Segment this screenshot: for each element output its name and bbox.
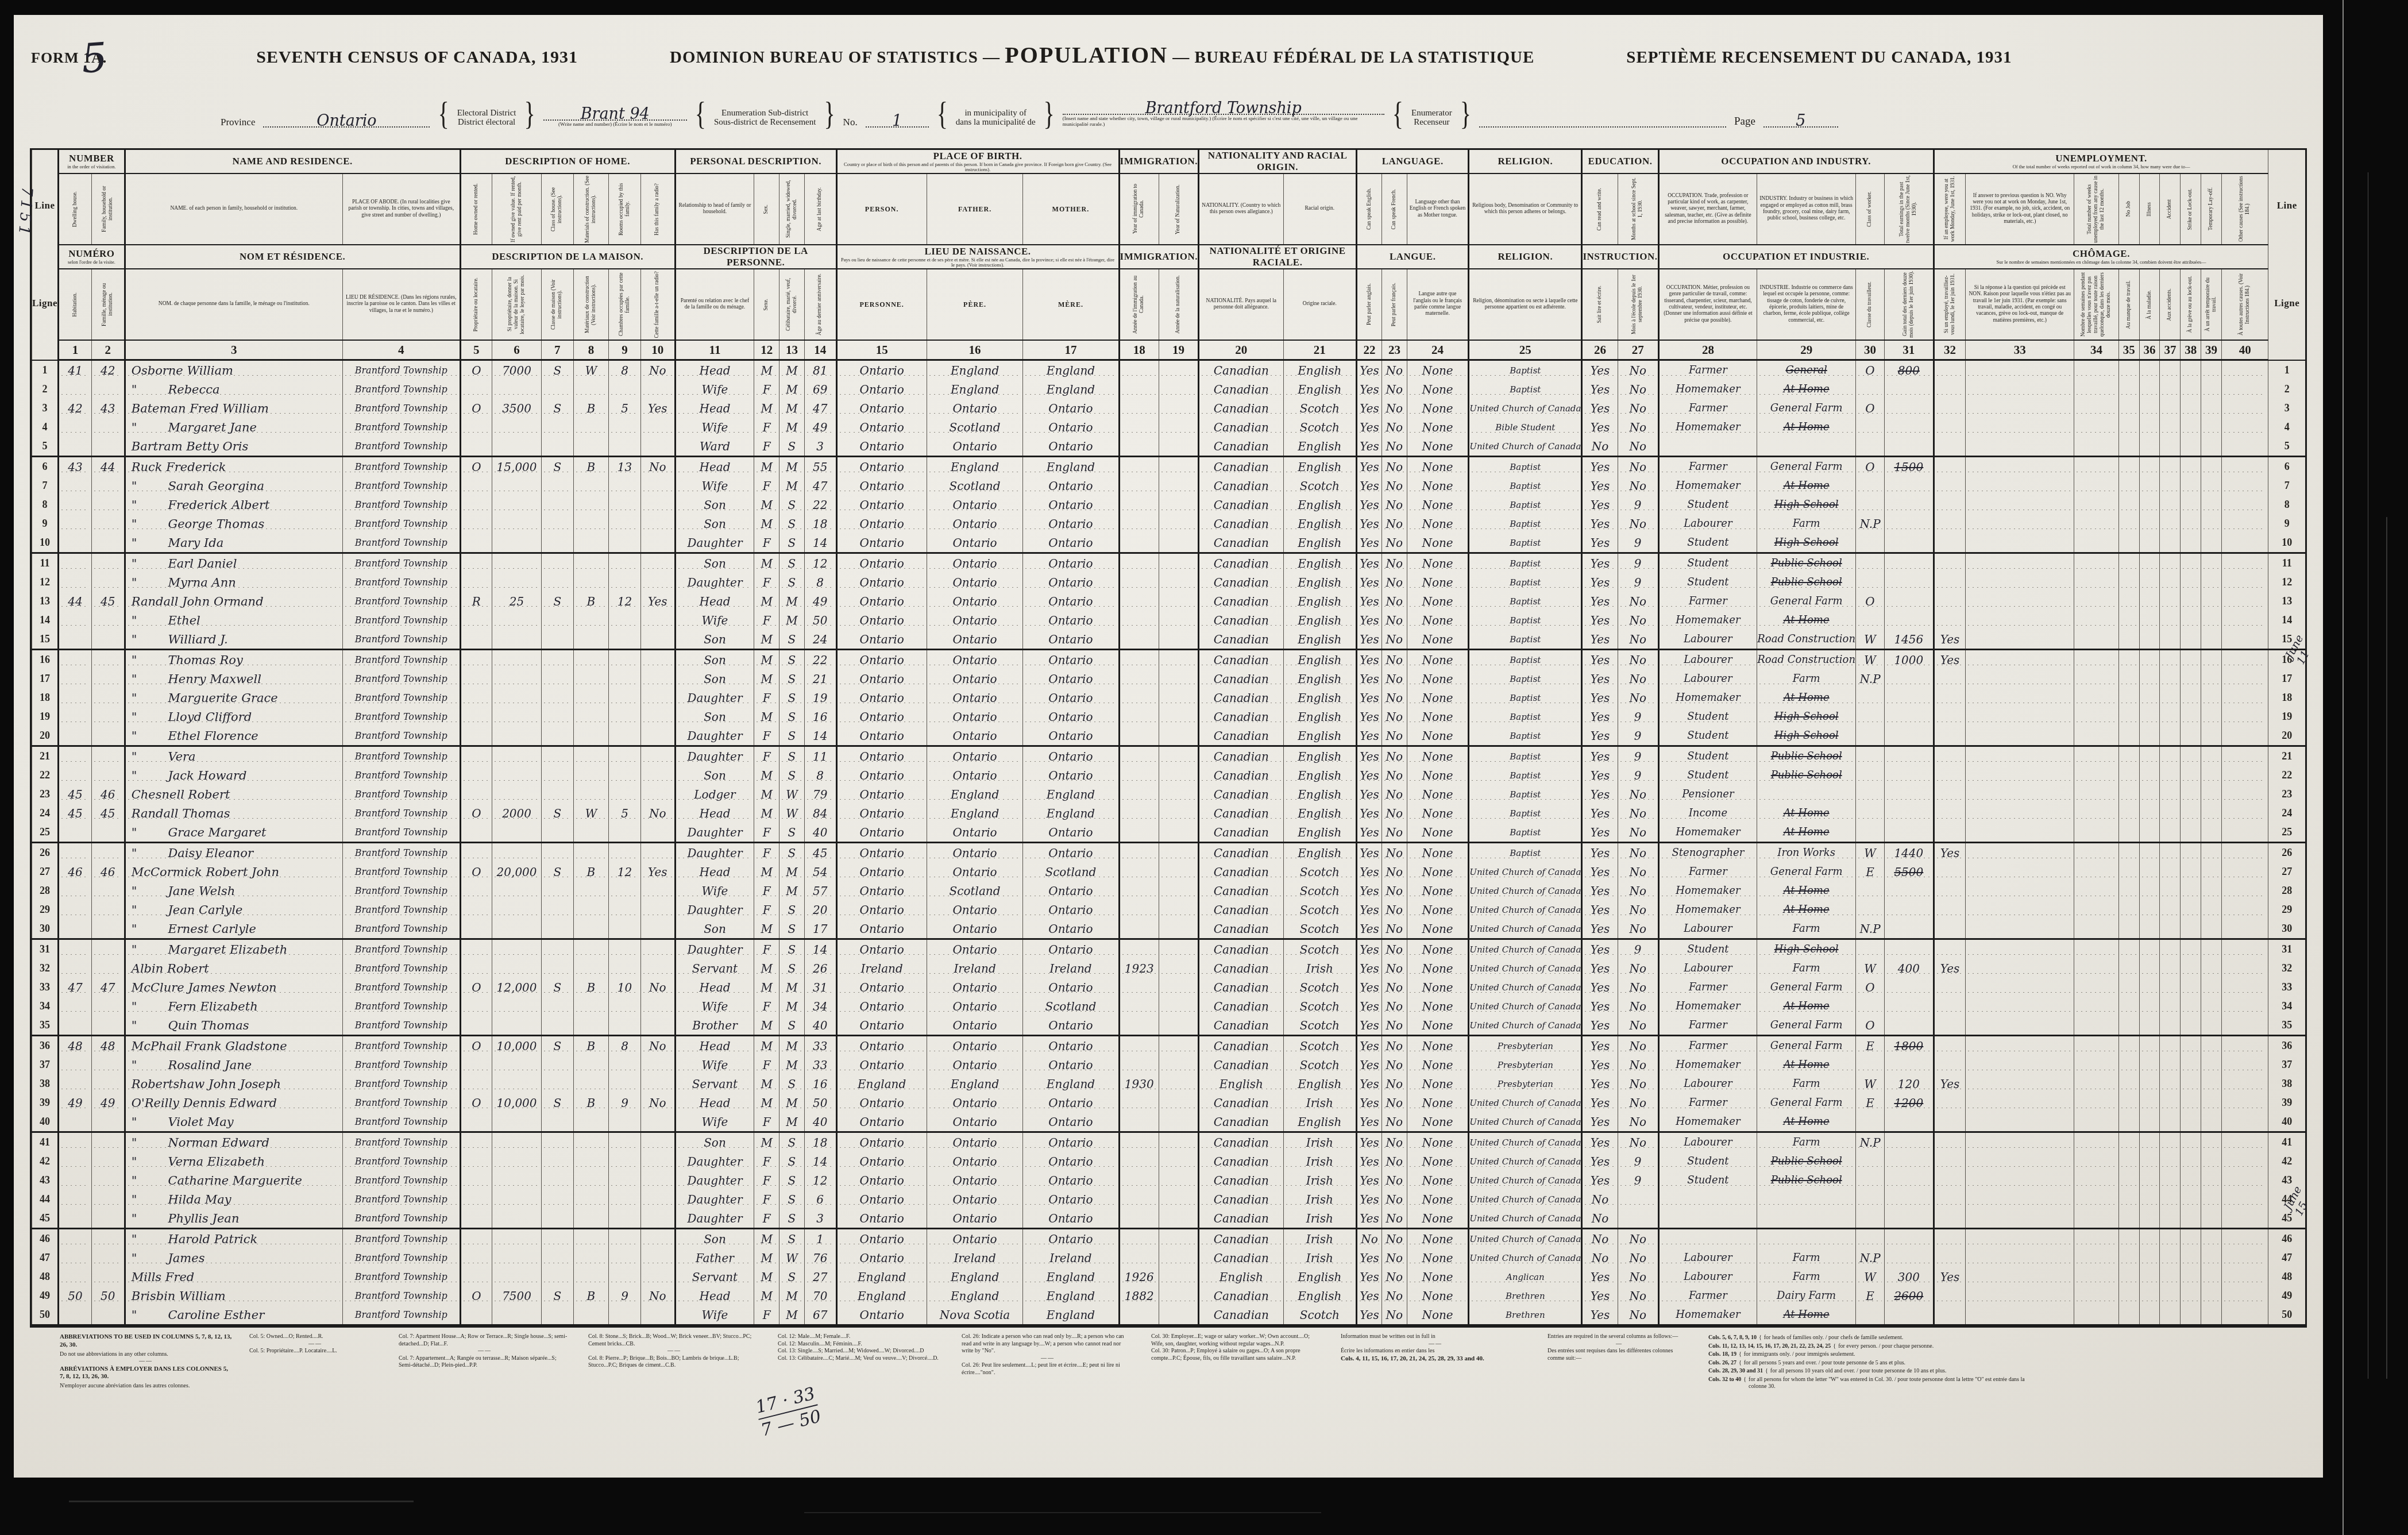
line-number-right: 6	[2268, 457, 2305, 477]
cell-speaks-french: No	[1381, 939, 1407, 959]
cell-mother-tongue: None	[1407, 766, 1468, 785]
cell-occupation: Labourer	[1658, 1132, 1757, 1152]
cell-age: 3	[804, 1209, 836, 1229]
cell-cause-layoff	[2201, 939, 2222, 959]
column-header-birthplace-mother: MOTHER.	[1023, 173, 1119, 245]
census-row: 50"Caroline EstherBrantford TownshipWife…	[32, 1305, 2306, 1325]
cell-speaks-french: No	[1381, 399, 1407, 418]
cell-age: 76	[804, 1248, 836, 1267]
cell-marital-status: M	[779, 978, 805, 997]
cell-why-not-at-work	[1966, 592, 2074, 611]
cell-tenure	[460, 823, 492, 843]
cell-place-of-abode: Brantford Township	[342, 1152, 460, 1171]
census-row: 14142Osborne WilliamBrantford TownshipO7…	[32, 360, 2306, 380]
cell-racial-origin: Scotch	[1283, 939, 1356, 959]
cell-naturalization-year	[1159, 766, 1198, 785]
cell-cause-no-job	[2118, 862, 2139, 881]
cell-cause-accident	[2160, 746, 2181, 766]
cell-racial-origin: English	[1283, 785, 1356, 804]
line-number-right: 22	[2268, 766, 2305, 785]
cell-family-number	[91, 1171, 125, 1190]
cell-cause-illness	[2139, 418, 2160, 437]
cell-birthplace-mother: England	[1023, 1286, 1119, 1305]
cell-cause-illness	[2139, 457, 2160, 477]
cell-cause-accident	[2160, 1016, 2181, 1036]
cell-family-number	[91, 1267, 125, 1286]
footnote-scope-item: Cols. 5, 6, 7, 8, 9, 10{for heads of fam…	[1708, 1335, 2030, 1342]
census-row: 12"Myrna AnnBrantford TownshipDaughterFS…	[32, 573, 2306, 592]
cell-months-at-school: No	[1618, 360, 1658, 380]
cell-birthplace-mother: Scotland	[1023, 997, 1119, 1016]
column-header-age: Age at last birthday.	[804, 173, 836, 245]
cell-family-number: 48	[91, 1036, 125, 1056]
cell-religion: United Church of Canada	[1469, 1132, 1582, 1152]
cell-racial-origin: English	[1283, 360, 1356, 380]
cell-radio	[640, 437, 675, 457]
cell-earnings	[1885, 380, 1934, 399]
cell-worker-class: W	[1856, 1074, 1885, 1093]
cell-naturalization-year	[1159, 688, 1198, 707]
cell-age: 11	[804, 746, 836, 766]
cell-rooms	[609, 533, 641, 553]
cell-worker-class: O	[1856, 978, 1885, 997]
column-group: UNEMPLOYMENT.Of the total number of week…	[1934, 150, 2268, 173]
cell-cause-illness	[2139, 437, 2160, 457]
cell-weeks-unemployed	[2074, 437, 2119, 457]
cell-radio	[640, 881, 675, 900]
cell-name: "Caroline Esther	[125, 1305, 342, 1325]
cell-mother-tongue: None	[1407, 1190, 1468, 1209]
cell-cause-strike	[2181, 1286, 2201, 1305]
cell-why-not-at-work	[1966, 1209, 2074, 1229]
column-header-cause-other: À toutes autres causes. (Voir Instructio…	[2222, 269, 2268, 340]
cell-weeks-unemployed	[2074, 959, 2119, 978]
cell-worker-class	[1856, 1209, 1885, 1229]
cell-birthplace-father: Ontario	[927, 1171, 1023, 1190]
cell-racial-origin: Scotch	[1283, 1055, 1356, 1074]
cell-relationship: Son	[675, 707, 754, 726]
cell-industry: Public School	[1757, 766, 1856, 785]
cell-birthplace-mother: Ontario	[1023, 1152, 1119, 1171]
cell-why-not-at-work	[1966, 360, 2074, 380]
cell-tenure	[460, 573, 492, 592]
cell-racial-origin: English	[1283, 669, 1356, 688]
cell-age: 14	[804, 939, 836, 959]
cell-cause-strike	[2181, 766, 2201, 785]
line-number-right: 2	[2268, 380, 2305, 399]
cell-months-at-school: No	[1618, 843, 1658, 863]
cell-dwelling-number	[59, 514, 92, 533]
cell-mother-tongue: None	[1407, 862, 1468, 881]
cell-cause-layoff	[2201, 1229, 2222, 1249]
municipality-label: in municipality ofdans la municipalité d…	[956, 109, 1036, 128]
cell-cause-strike	[2181, 1248, 2201, 1267]
census-row: 9"George ThomasBrantford TownshipSonMS18…	[32, 514, 2306, 533]
cell-why-not-at-work	[1966, 843, 2074, 863]
cell-occupation: Labourer	[1658, 669, 1757, 688]
cell-tenure: R	[460, 592, 492, 611]
cell-house-class	[542, 1152, 574, 1171]
cell-why-not-at-work	[1966, 573, 2074, 592]
cell-cause-strike	[2181, 1112, 2201, 1132]
cell-cause-illness	[2139, 919, 2160, 939]
column-header-rooms: Rooms occupied by this family.	[609, 173, 641, 245]
cell-cause-illness	[2139, 1055, 2160, 1074]
cell-materials	[573, 514, 609, 533]
cell-cause-layoff	[2201, 437, 2222, 457]
cell-birthplace-father: Ontario	[927, 919, 1023, 939]
cell-birthplace-person: Ontario	[836, 437, 927, 457]
cell-occupation: Farmer	[1658, 1093, 1757, 1112]
cell-birthplace-father: Ontario	[927, 1016, 1023, 1036]
cell-racial-origin: English	[1283, 1267, 1356, 1286]
cell-age: 3	[804, 437, 836, 457]
column-group: NAME AND RESIDENCE.	[125, 150, 460, 173]
cell-industry: Farm	[1757, 669, 1856, 688]
cell-birthplace-father: Ontario	[927, 900, 1023, 919]
cell-mother-tongue: None	[1407, 978, 1468, 997]
cell-sex: M	[754, 978, 779, 997]
cell-relationship: Ward	[675, 437, 754, 457]
cell-months-at-school: No	[1618, 399, 1658, 418]
cell-birthplace-father: Ontario	[927, 533, 1023, 553]
cell-speaks-french: No	[1381, 726, 1407, 746]
footnote-col12-13: Col. 12: Male....M; Female....F. Col. 12…	[778, 1333, 944, 1391]
cell-industry: High School	[1757, 495, 1856, 514]
line-number-right: 33	[2268, 978, 2305, 997]
cell-naturalization-year	[1159, 1055, 1198, 1074]
cell-cause-other	[2222, 380, 2268, 399]
cell-cause-no-job	[2118, 1016, 2139, 1036]
cell-birthplace-person: Ontario	[836, 1093, 927, 1112]
cell-cause-no-job	[2118, 630, 2139, 650]
cell-occupation: Student	[1658, 573, 1757, 592]
cell-months-at-school: No	[1618, 785, 1658, 804]
column-header-sex: Sex.	[754, 173, 779, 245]
cell-house-class: S	[542, 1093, 574, 1112]
cell-age: 8	[804, 766, 836, 785]
cell-birthplace-father: England	[927, 1286, 1023, 1305]
cell-cause-other	[2222, 785, 2268, 804]
cell-birthplace-mother: Ontario	[1023, 766, 1119, 785]
cell-occupation: Farmer	[1658, 1286, 1757, 1305]
cell-rooms	[609, 573, 641, 592]
cell-can-read-write: Yes	[1582, 1132, 1618, 1152]
cell-speaks-english: Yes	[1357, 1190, 1382, 1209]
cell-cause-illness	[2139, 1112, 2160, 1132]
cell-why-not-at-work	[1966, 1286, 2074, 1305]
cell-weeks-unemployed	[2074, 476, 2119, 495]
cell-family-number	[91, 1112, 125, 1132]
cell-worker-class	[1856, 533, 1885, 553]
cell-immigration-year	[1119, 862, 1159, 881]
cell-at-work	[1934, 669, 1966, 688]
cell-house-class	[542, 785, 574, 804]
cell-place-of-abode: Brantford Township	[342, 592, 460, 611]
cell-naturalization-year	[1159, 380, 1198, 399]
cell-age: 17	[804, 919, 836, 939]
cell-earnings	[1885, 766, 1934, 785]
cell-cause-illness	[2139, 1152, 2160, 1171]
cell-name: "Daisy Eleanor	[125, 843, 342, 863]
cell-speaks-french: No	[1381, 495, 1407, 514]
cell-cause-other	[2222, 592, 2268, 611]
cell-occupation: Student	[1658, 1152, 1757, 1171]
cell-marital-status: S	[779, 688, 805, 707]
cell-industry: At Home	[1757, 900, 1856, 919]
cell-cause-other	[2222, 978, 2268, 997]
column-header-cause-illness: Illness	[2139, 173, 2160, 245]
cell-religion: United Church of Canada	[1469, 1016, 1582, 1036]
cell-cause-other	[2222, 1171, 2268, 1190]
cell-why-not-at-work	[1966, 919, 2074, 939]
cell-why-not-at-work	[1966, 1171, 2074, 1190]
cell-radio	[640, 650, 675, 670]
cell-marital-status: M	[779, 611, 805, 630]
province-label: Province	[221, 117, 255, 128]
cell-cause-other	[2222, 804, 2268, 823]
cell-materials	[573, 1190, 609, 1209]
cell-industry: General Farm	[1757, 1093, 1856, 1112]
cell-cause-accident	[2160, 669, 2181, 688]
cell-birthplace-father: Ontario	[927, 1112, 1023, 1132]
cell-religion: United Church of Canada	[1469, 900, 1582, 919]
cell-earnings	[1885, 399, 1934, 418]
cell-occupation: Homemaker	[1658, 380, 1757, 399]
census-row: 25"Grace MargaretBrantford TownshipDaugh…	[32, 823, 2306, 843]
cell-at-work	[1934, 1093, 1966, 1112]
cell-birthplace-mother: Scotland	[1023, 862, 1119, 881]
cell-radio	[640, 495, 675, 514]
cell-earnings	[1885, 688, 1934, 707]
cell-cause-illness	[2139, 862, 2160, 881]
line-number-left: 2	[32, 380, 59, 399]
cell-racial-origin: English	[1283, 804, 1356, 823]
cell-immigration-year	[1119, 514, 1159, 533]
cell-birthplace-person: Ontario	[836, 380, 927, 399]
cell-speaks-french: No	[1381, 1305, 1407, 1325]
cell-naturalization-year	[1159, 726, 1198, 746]
cell-age: 47	[804, 399, 836, 418]
column-header-materials: Matériaux de construction (Voir instruct…	[573, 269, 609, 340]
line-number-left: 13	[32, 592, 59, 611]
cell-age: 70	[804, 1286, 836, 1305]
cell-home-value	[492, 573, 542, 592]
cell-cause-strike	[2181, 919, 2201, 939]
cell-months-at-school: No	[1618, 804, 1658, 823]
cell-can-read-write: Yes	[1582, 862, 1618, 881]
cell-speaks-french: No	[1381, 630, 1407, 650]
cell-sex: F	[754, 843, 779, 863]
column-header-cause-no-job: No Job	[2118, 173, 2139, 245]
cell-family-number: 46	[91, 785, 125, 804]
cell-radio	[640, 611, 675, 630]
cell-cause-accident	[2160, 1248, 2181, 1267]
cell-racial-origin: English	[1283, 726, 1356, 746]
census-row: 31"Margaret ElizabethBrantford TownshipD…	[32, 939, 2306, 959]
page-label: Page	[1734, 116, 1755, 128]
cell-weeks-unemployed	[2074, 418, 2119, 437]
cell-home-value	[492, 650, 542, 670]
cell-place-of-abode: Brantford Township	[342, 630, 460, 650]
cell-immigration-year	[1119, 399, 1159, 418]
cell-birthplace-father: Ontario	[927, 1036, 1023, 1056]
cell-marital-status: W	[779, 785, 805, 804]
census-row: 35"Quin ThomasBrantford TownshipBrotherM…	[32, 1016, 2306, 1036]
cell-occupation: Labourer	[1658, 959, 1757, 978]
cell-birthplace-person: Ontario	[836, 1016, 927, 1036]
cell-cause-accident	[2160, 1286, 2181, 1305]
cell-can-read-write: Yes	[1582, 1171, 1618, 1190]
cell-speaks-french: No	[1381, 746, 1407, 766]
cell-marital-status: M	[779, 1036, 805, 1056]
cell-radio	[640, 919, 675, 939]
cell-rooms	[609, 823, 641, 843]
cell-dwelling-number	[59, 1305, 92, 1325]
cell-earnings	[1885, 1132, 1934, 1152]
cell-age: 8	[804, 573, 836, 592]
cell-weeks-unemployed	[2074, 804, 2119, 823]
cell-birthplace-mother: Ontario	[1023, 399, 1119, 418]
cell-cause-other	[2222, 573, 2268, 592]
cell-can-read-write: Yes	[1582, 707, 1618, 726]
cell-nationality: Canadian	[1199, 688, 1283, 707]
cell-why-not-at-work	[1966, 939, 2074, 959]
cell-speaks-english: Yes	[1357, 766, 1382, 785]
cell-sex: M	[754, 1093, 779, 1112]
cell-place-of-abode: Brantford Township	[342, 360, 460, 380]
cell-can-read-write: Yes	[1582, 785, 1618, 804]
column-header-naturalization-year: Année de la naturalisation.	[1159, 269, 1198, 340]
cell-occupation: Farmer	[1658, 1036, 1757, 1056]
cell-house-class	[542, 823, 574, 843]
cell-occupation: Labourer	[1658, 1267, 1757, 1286]
line-number-right: 12	[2268, 573, 2305, 592]
cell-marital-status: M	[779, 997, 805, 1016]
cell-at-work	[1934, 766, 1966, 785]
cell-marital-status: S	[779, 939, 805, 959]
cell-occupation: Labourer	[1658, 1074, 1757, 1093]
cell-house-class	[542, 900, 574, 919]
cell-racial-origin: Irish	[1283, 1171, 1356, 1190]
column-group: LANGUE.	[1357, 245, 1469, 269]
cell-can-read-write: Yes	[1582, 881, 1618, 900]
cell-naturalization-year	[1159, 997, 1198, 1016]
cell-months-at-school: No	[1618, 1305, 1658, 1325]
column-header-speaks-french: Peut parler français.	[1381, 269, 1407, 340]
cell-why-not-at-work	[1966, 495, 2074, 514]
cell-dwelling-number	[59, 1267, 92, 1286]
cell-weeks-unemployed	[2074, 1229, 2119, 1249]
cell-naturalization-year	[1159, 785, 1198, 804]
cell-cause-accident	[2160, 457, 2181, 477]
cell-radio	[640, 997, 675, 1016]
cell-family-number	[91, 1074, 125, 1093]
cell-can-read-write: Yes	[1582, 843, 1618, 863]
cell-at-work	[1934, 399, 1966, 418]
line-number-left: 30	[32, 919, 59, 939]
cell-religion: Baptist	[1469, 823, 1582, 843]
cell-birthplace-person: Ontario	[836, 514, 927, 533]
cell-tenure	[460, 1171, 492, 1190]
cell-mother-tongue: None	[1407, 707, 1468, 726]
cell-dwelling-number	[59, 939, 92, 959]
cell-home-value	[492, 630, 542, 650]
cell-racial-origin: Scotch	[1283, 900, 1356, 919]
cell-name: Bartram Betty Oris	[125, 437, 342, 457]
column-number: 32	[1934, 340, 1966, 360]
cell-months-at-school: No	[1618, 650, 1658, 670]
cell-age: 16	[804, 707, 836, 726]
cell-house-class	[542, 939, 574, 959]
cell-months-at-school: No	[1618, 1074, 1658, 1093]
cell-sex: F	[754, 881, 779, 900]
cell-family-number: 45	[91, 804, 125, 823]
cell-can-read-write: Yes	[1582, 650, 1618, 670]
cell-radio	[640, 766, 675, 785]
cell-weeks-unemployed	[2074, 495, 2119, 514]
cell-can-read-write: Yes	[1582, 399, 1618, 418]
cell-house-class	[542, 766, 574, 785]
column-number: 26	[1582, 340, 1618, 360]
cell-tenure	[460, 380, 492, 399]
cell-cause-illness	[2139, 978, 2160, 997]
cell-religion: Baptist	[1469, 553, 1582, 573]
cell-cause-layoff	[2201, 418, 2222, 437]
cell-occupation	[1658, 1190, 1757, 1209]
enumeration-subdistrict-label: Enumeration Sub-districtSous-district de…	[714, 109, 816, 128]
cell-at-work	[1934, 1016, 1966, 1036]
cell-cause-illness	[2139, 726, 2160, 746]
cell-at-work	[1934, 726, 1966, 746]
cell-place-of-abode: Brantford Township	[342, 476, 460, 495]
cell-name: "Ernest Carlyle	[125, 919, 342, 939]
cell-worker-class: E	[1856, 1286, 1885, 1305]
cell-can-read-write: No	[1582, 1209, 1618, 1229]
cell-age: 40	[804, 1016, 836, 1036]
cell-relationship: Head	[675, 457, 754, 477]
cell-cause-accident	[2160, 900, 2181, 919]
cell-cause-no-job	[2118, 437, 2139, 457]
cell-immigration-year	[1119, 611, 1159, 630]
cell-relationship: Daughter	[675, 1190, 754, 1209]
line-number-left: 47	[32, 1248, 59, 1267]
cell-dwelling-number	[59, 669, 92, 688]
cell-cause-strike	[2181, 573, 2201, 592]
cell-can-read-write: Yes	[1582, 823, 1618, 843]
cell-tenure	[460, 1305, 492, 1325]
cell-house-class	[542, 553, 574, 573]
cell-house-class: S	[542, 399, 574, 418]
cell-radio: No	[640, 457, 675, 477]
cell-birthplace-person: Ontario	[836, 418, 927, 437]
cell-cause-no-job	[2118, 669, 2139, 688]
cell-naturalization-year	[1159, 1112, 1198, 1132]
cell-earnings: 300	[1885, 1267, 1934, 1286]
cell-speaks-french: No	[1381, 533, 1407, 553]
cell-dwelling-number	[59, 1171, 92, 1190]
cell-worker-class	[1856, 726, 1885, 746]
cell-cause-illness	[2139, 707, 2160, 726]
cell-naturalization-year	[1159, 418, 1198, 437]
line-number-right: 30	[2268, 919, 2305, 939]
cell-house-class	[542, 437, 574, 457]
column-header-industry: INDUSTRIE. Industrie ou commerce dans le…	[1757, 269, 1856, 340]
cell-sex: M	[754, 514, 779, 533]
municipality-note: (Insert name and state whether city, tow…	[1063, 116, 1384, 128]
cell-materials	[573, 553, 609, 573]
column-header-naturalization-year: Year of Naturalization.	[1159, 173, 1198, 245]
